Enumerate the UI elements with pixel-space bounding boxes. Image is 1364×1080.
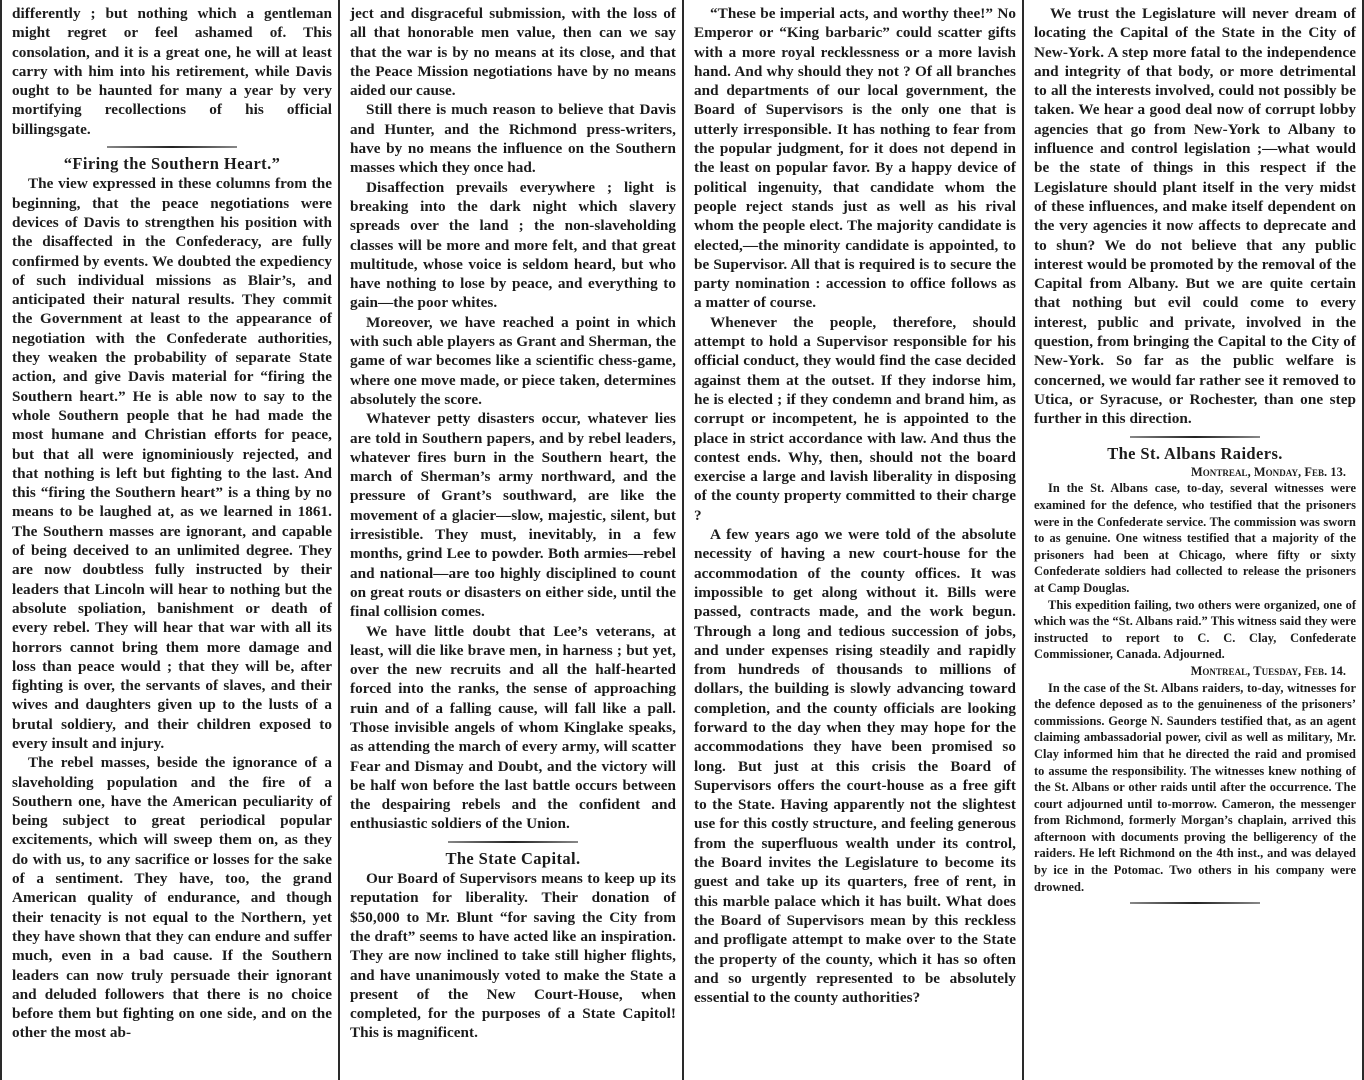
column-2: ject and disgraceful submission, with th… xyxy=(338,0,682,1080)
article-paragraph: Our Board of Supervisors means to keep u… xyxy=(350,869,676,1043)
section-divider xyxy=(1130,902,1260,904)
article-paragraph: A few years ago we were told of the abso… xyxy=(694,525,1016,1007)
article-continuation: ject and disgraceful submission, with th… xyxy=(350,4,676,100)
article-paragraph: Disaffection prevails everywhere ; light… xyxy=(350,178,676,313)
article-paragraph: Moreover, we have reached a point in whi… xyxy=(350,313,676,409)
headline-st-albans-raiders: The St. Albans Raiders. xyxy=(1034,444,1356,463)
dispatch-feb-13: Montreal, Monday, Feb. 13. In the St. Al… xyxy=(1034,464,1356,663)
section-divider xyxy=(1130,436,1260,438)
newspaper-page: differently ; but nothing which a gentle… xyxy=(0,0,1364,1080)
section-divider xyxy=(448,841,578,843)
dispatch-feb-14: Montreal, Tuesday, Feb. 14. In the case … xyxy=(1034,663,1356,895)
article-paragraph: Whatever petty disasters occur, whatever… xyxy=(350,409,676,621)
headline-state-capital: The State Capital. xyxy=(350,849,676,868)
article-paragraph: The rebel masses, beside the ignorance o… xyxy=(12,753,332,1042)
dispatch-paragraph: In the St. Albans case, to-day, several … xyxy=(1034,480,1356,596)
column-4: We trust the Legislature will never drea… xyxy=(1022,0,1364,1080)
article-paragraph: We trust the Legislature will never drea… xyxy=(1034,4,1356,429)
article-continuation: differently ; but nothing which a gentle… xyxy=(12,4,332,139)
dispatch-paragraph: In the case of the St. Albans raiders, t… xyxy=(1034,680,1356,896)
dateline: Montreal, Monday, Feb. 13. xyxy=(1034,464,1356,481)
article-paragraph: Whenever the people, therefore, should a… xyxy=(694,313,1016,525)
section-divider xyxy=(107,146,237,148)
article-continuation: “These be imperial acts, and worthy thee… xyxy=(694,4,1016,313)
article-paragraph: We have little doubt that Lee’s veterans… xyxy=(350,622,676,834)
column-3: “These be imperial acts, and worthy thee… xyxy=(682,0,1022,1080)
article-paragraph: The view expressed in these columns from… xyxy=(12,174,332,753)
dispatch-paragraph: This expedition failing, two others were… xyxy=(1034,597,1356,663)
headline-firing-southern-heart: “Firing the Southern Heart.” xyxy=(12,154,332,173)
article-paragraph: Still there is much reason to believe th… xyxy=(350,100,676,177)
column-1: differently ; but nothing which a gentle… xyxy=(0,0,338,1080)
dateline: Montreal, Tuesday, Feb. 14. xyxy=(1034,663,1356,680)
